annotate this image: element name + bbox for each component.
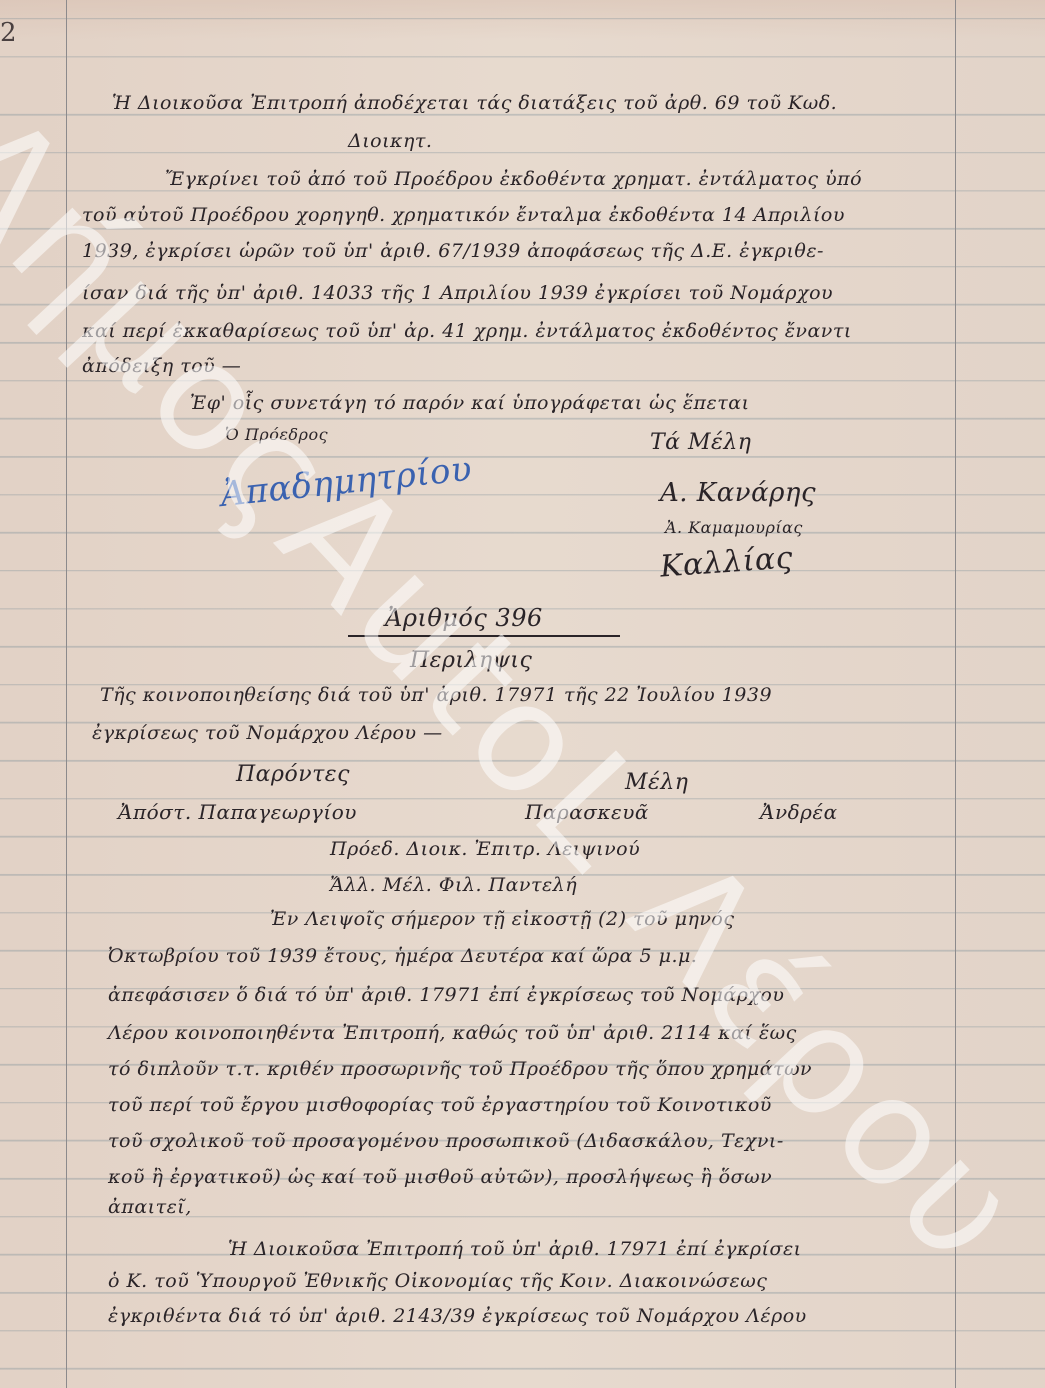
member-signature: Ἀ. Καμαμουρίας: [665, 518, 803, 537]
members-label: Τά Μέλη: [650, 430, 751, 455]
present-label: Παρόντες: [236, 762, 350, 787]
text-line: Ἐν Λειψοῖς σήμερον τῇ εἰκοστῇ (2) τοῦ μη…: [270, 908, 734, 930]
closing-formula: Ἐφ' οἷς συνετάγη τό παρόν καί ὑπογράφετα…: [190, 392, 750, 414]
text-line: Ἔγκρίνει τοῦ ἀπό τοῦ Προέδρου ἐκδοθέντα …: [165, 168, 862, 190]
text-line: Τῆς κοινοποιηθείσης διά τοῦ ὑπ' ἀριθ. 17…: [100, 684, 772, 706]
left-margin-line: [66, 0, 67, 1388]
text-line: καί περί ἐκκαθαρίσεως τοῦ ὑπ' ἀρ. 41 χρη…: [82, 320, 852, 342]
text-line: ὁ Κ. τοῦ Ὑπουργοῦ Ἐθνικῆς Οἰκονομίας τῆς…: [108, 1270, 767, 1292]
text-line: τοῦ αὐτοῦ Προέδρου χορηγηθ. χρηματικόν ἔ…: [82, 204, 845, 226]
attendee-name: Ἀνδρέα: [760, 800, 838, 824]
text-line: τό διπλοῦν τ.τ. κριθέν προσωρινῆς τοῦ Πρ…: [108, 1058, 812, 1080]
text-line: Λέρου κοινοποιηθέντα Ἐπιτροπή, καθώς τοῦ…: [108, 1022, 797, 1044]
text-line: τοῦ περί τοῦ ἔργου μισθοφορίας τοῦ ἐργασ…: [108, 1094, 772, 1116]
document-page: 2 Ἡ Διοικοῦσα Ἐπιτροπή ἀποδέχεται τάς δι…: [0, 0, 1045, 1388]
text-line: τοῦ σχολικοῦ τοῦ προσαγομένου προσωπικοῦ…: [108, 1130, 784, 1152]
page-number: 2: [0, 18, 17, 48]
text-line: ίσαν διά τῆς ὑπ' ἀριθ. 14033 τῆς 1 Απριλ…: [82, 282, 833, 304]
attendee-name: Παρασκευᾶ: [525, 800, 649, 824]
text-line: Ἡ Διοικοῦσα Ἐπιτροπή ἀποδέχεται τάς διατ…: [112, 92, 837, 114]
attendee-name: Ἀπόστ. Παπαγεωργίου: [118, 800, 357, 824]
role-line: Πρόεδ. Διοικ. Ἐπιτρ. Λειψινού: [330, 838, 640, 860]
president-label: Ὁ Πρόεδρος: [225, 425, 328, 444]
text-line: Ὀκτωβρίου τοῦ 1939 ἔτους, ἡμέρα Δευτέρα …: [108, 945, 697, 967]
text-line: κοῦ ἢ ἐργατικοῦ) ὡς καί τοῦ μισθοῦ αὐτῶν…: [108, 1166, 772, 1188]
section-title: Ἀριθμός 396: [385, 604, 543, 632]
text-line: 1939, ἐγκρίσει ὡρῶν τοῦ ὑπ' ἀριθ. 67/193…: [82, 240, 824, 262]
text-line: ἀπόδειξη τοῦ —: [82, 355, 241, 377]
text-line: ἐγκριθέντα διά τό ὑπ' ἀριθ. 2143/39 ἐγκρ…: [108, 1305, 807, 1327]
text-line: ἀπαιτεῖ,: [108, 1196, 192, 1218]
text-line: Ἡ Διοικοῦσα Ἐπιτροπή τοῦ ὑπ' ἀριθ. 17971…: [228, 1238, 802, 1260]
text-line: Διοικητ.: [348, 130, 432, 152]
title-underline: [348, 635, 620, 637]
members-label: Μέλη: [625, 770, 688, 795]
text-line: ἐγκρίσεως τοῦ Νομάρχου Λέρου —: [92, 722, 443, 744]
member-signature: Α. Κανάρης: [660, 478, 816, 508]
text-line: ἀπεφάσισεν ὅ διά τό ὑπ' ἀριθ. 17971 ἐπί …: [108, 984, 784, 1006]
section-subtitle: Περιληψις: [410, 648, 532, 673]
role-line: Ἄλλ. Μέλ. Φιλ. Παντελή: [330, 874, 577, 896]
right-margin-line: [955, 0, 956, 1388]
